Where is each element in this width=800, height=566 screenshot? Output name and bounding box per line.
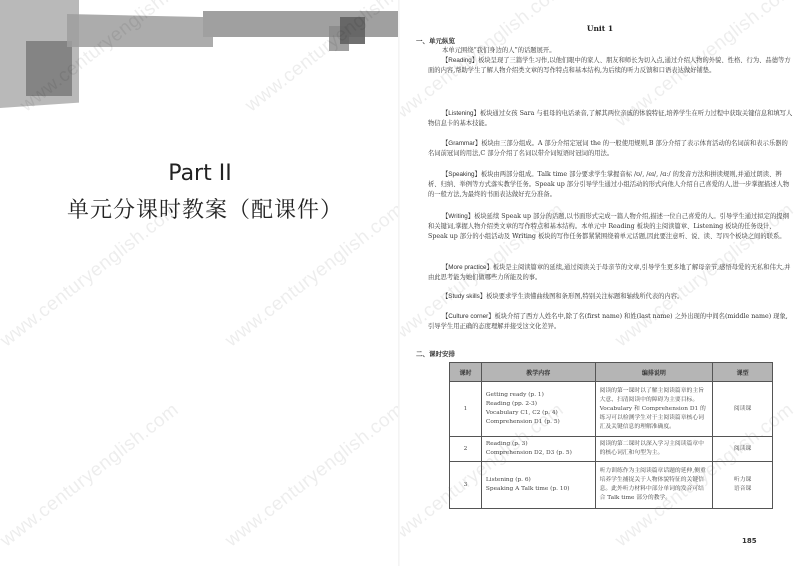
lesson-type: 听力课 语音课: [713, 462, 773, 509]
paragraph-culture-corner: 【Culture corner】板块介绍了西方人姓名中,除了名(first na…: [428, 312, 793, 332]
watermark: www.centuryenglish.com: [221, 399, 400, 552]
decor-square-dark: [340, 17, 365, 44]
lesson-schedule-table: 课时 教学内容 编排说明 课型 1 Getting ready (p. 1) R…: [449, 362, 773, 509]
tag-reading: 【Reading】: [442, 57, 478, 64]
watermark: www.centuryenglish.com: [0, 399, 183, 552]
lesson-number: 1: [450, 382, 482, 437]
tag-study-skills: 【Study skills】: [442, 293, 486, 300]
section-heading-schedule: 二、课时安排: [416, 349, 455, 358]
tag-writing: 【Writing】: [442, 213, 474, 220]
tag-listening: 【Listening】: [442, 110, 480, 117]
table-header-row: 课时 教学内容 编排说明 课型: [450, 363, 773, 382]
lesson-number: 3: [450, 462, 482, 509]
tag-more-practice: 【More practice】: [442, 264, 493, 271]
tag-speaking: 【Speaking】: [442, 171, 481, 178]
lesson-note: 阅读的第二课时以深入学习主阅读篇章中的核心词汇和句型为主。: [595, 437, 713, 462]
lesson-number: 2: [450, 437, 482, 462]
lesson-note: 听力训练作为主阅读篇章话题的延伸,侧重培养学生捕捉关于人物体貌特征的关键信息。此…: [595, 462, 713, 509]
table-row: 2 Reading (p. 3) Comprehension D2, D3 (p…: [450, 437, 773, 462]
left-page: www.centuryenglish.com www.centuryenglis…: [0, 0, 400, 566]
overview-intro: 本单元围绕“我们身边的人”的话题展开。: [428, 46, 793, 56]
unit-title: Unit 1: [400, 24, 800, 33]
paragraph-listening: 【Listening】板块通过女孩 Sara 与祖母的电话录音,了解其两位亲戚的…: [428, 109, 793, 129]
section-heading-overview: 一、单元纵览: [416, 36, 455, 45]
lesson-content: Reading (p. 3) Comprehension D2, D3 (p. …: [481, 437, 595, 462]
decor-bar-slanted: [67, 14, 213, 47]
lesson-type: 阅读课: [713, 437, 773, 462]
paragraph-study-skills: 【Study skills】板块要求学生读懂曲线图和条形图,特别关注标题和轴线所…: [428, 292, 793, 302]
header-notes: 编排说明: [595, 363, 713, 382]
lesson-type: 阅读课: [713, 382, 773, 437]
lesson-content: Listening (p. 6) Speaking A Talk time (p…: [481, 462, 595, 509]
decor-bar-long: [203, 11, 400, 37]
header-lesson: 课时: [450, 363, 482, 382]
part-subtitle: 单元分课时教案（配课件）: [0, 193, 400, 224]
page-number: 185: [742, 537, 757, 545]
tag-grammar: 【Grammar】: [442, 140, 481, 147]
table-row: 1 Getting ready (p. 1) Reading (pp. 2-3)…: [450, 382, 773, 437]
part-title: Part II: [0, 161, 400, 186]
lesson-content: Getting ready (p. 1) Reading (pp. 2-3) V…: [481, 382, 595, 437]
tag-culture-corner: 【Culture corner】: [442, 313, 495, 320]
paragraph-more-practice: 【More practice】板块是主阅读篇章的延续,通过阅读关于母亲节的文章,…: [428, 263, 793, 283]
decor-block-dark: [26, 41, 72, 96]
lesson-note: 阅读的第一课时以了解主阅读篇章的主旨大意、扫清阅读中的障碍为主要目标。Vocab…: [595, 382, 713, 437]
paragraph-speaking: 【Speaking】板块由两部分组成。Talk time 部分要求学生掌握音标 …: [428, 170, 793, 200]
paragraph-writing: 【Writing】板块延续 Speak up 部分的话题,以书面形式完成一篇人物…: [428, 212, 793, 242]
header-content: 教学内容: [481, 363, 595, 382]
right-page: www.centuryenglish.com www.centuryenglis…: [400, 0, 800, 566]
table-row: 3 Listening (p. 6) Speaking A Talk time …: [450, 462, 773, 509]
paragraph-reading: 【Reading】板块呈现了三篇学生习作,以他们眼中的家人、朋友和师长为切入点,…: [428, 56, 793, 76]
header-type: 课型: [713, 363, 773, 382]
paragraph-grammar: 【Grammar】板块由三部分组成。A 部分介绍定冠词 the 的一般使用规则,…: [428, 139, 793, 159]
